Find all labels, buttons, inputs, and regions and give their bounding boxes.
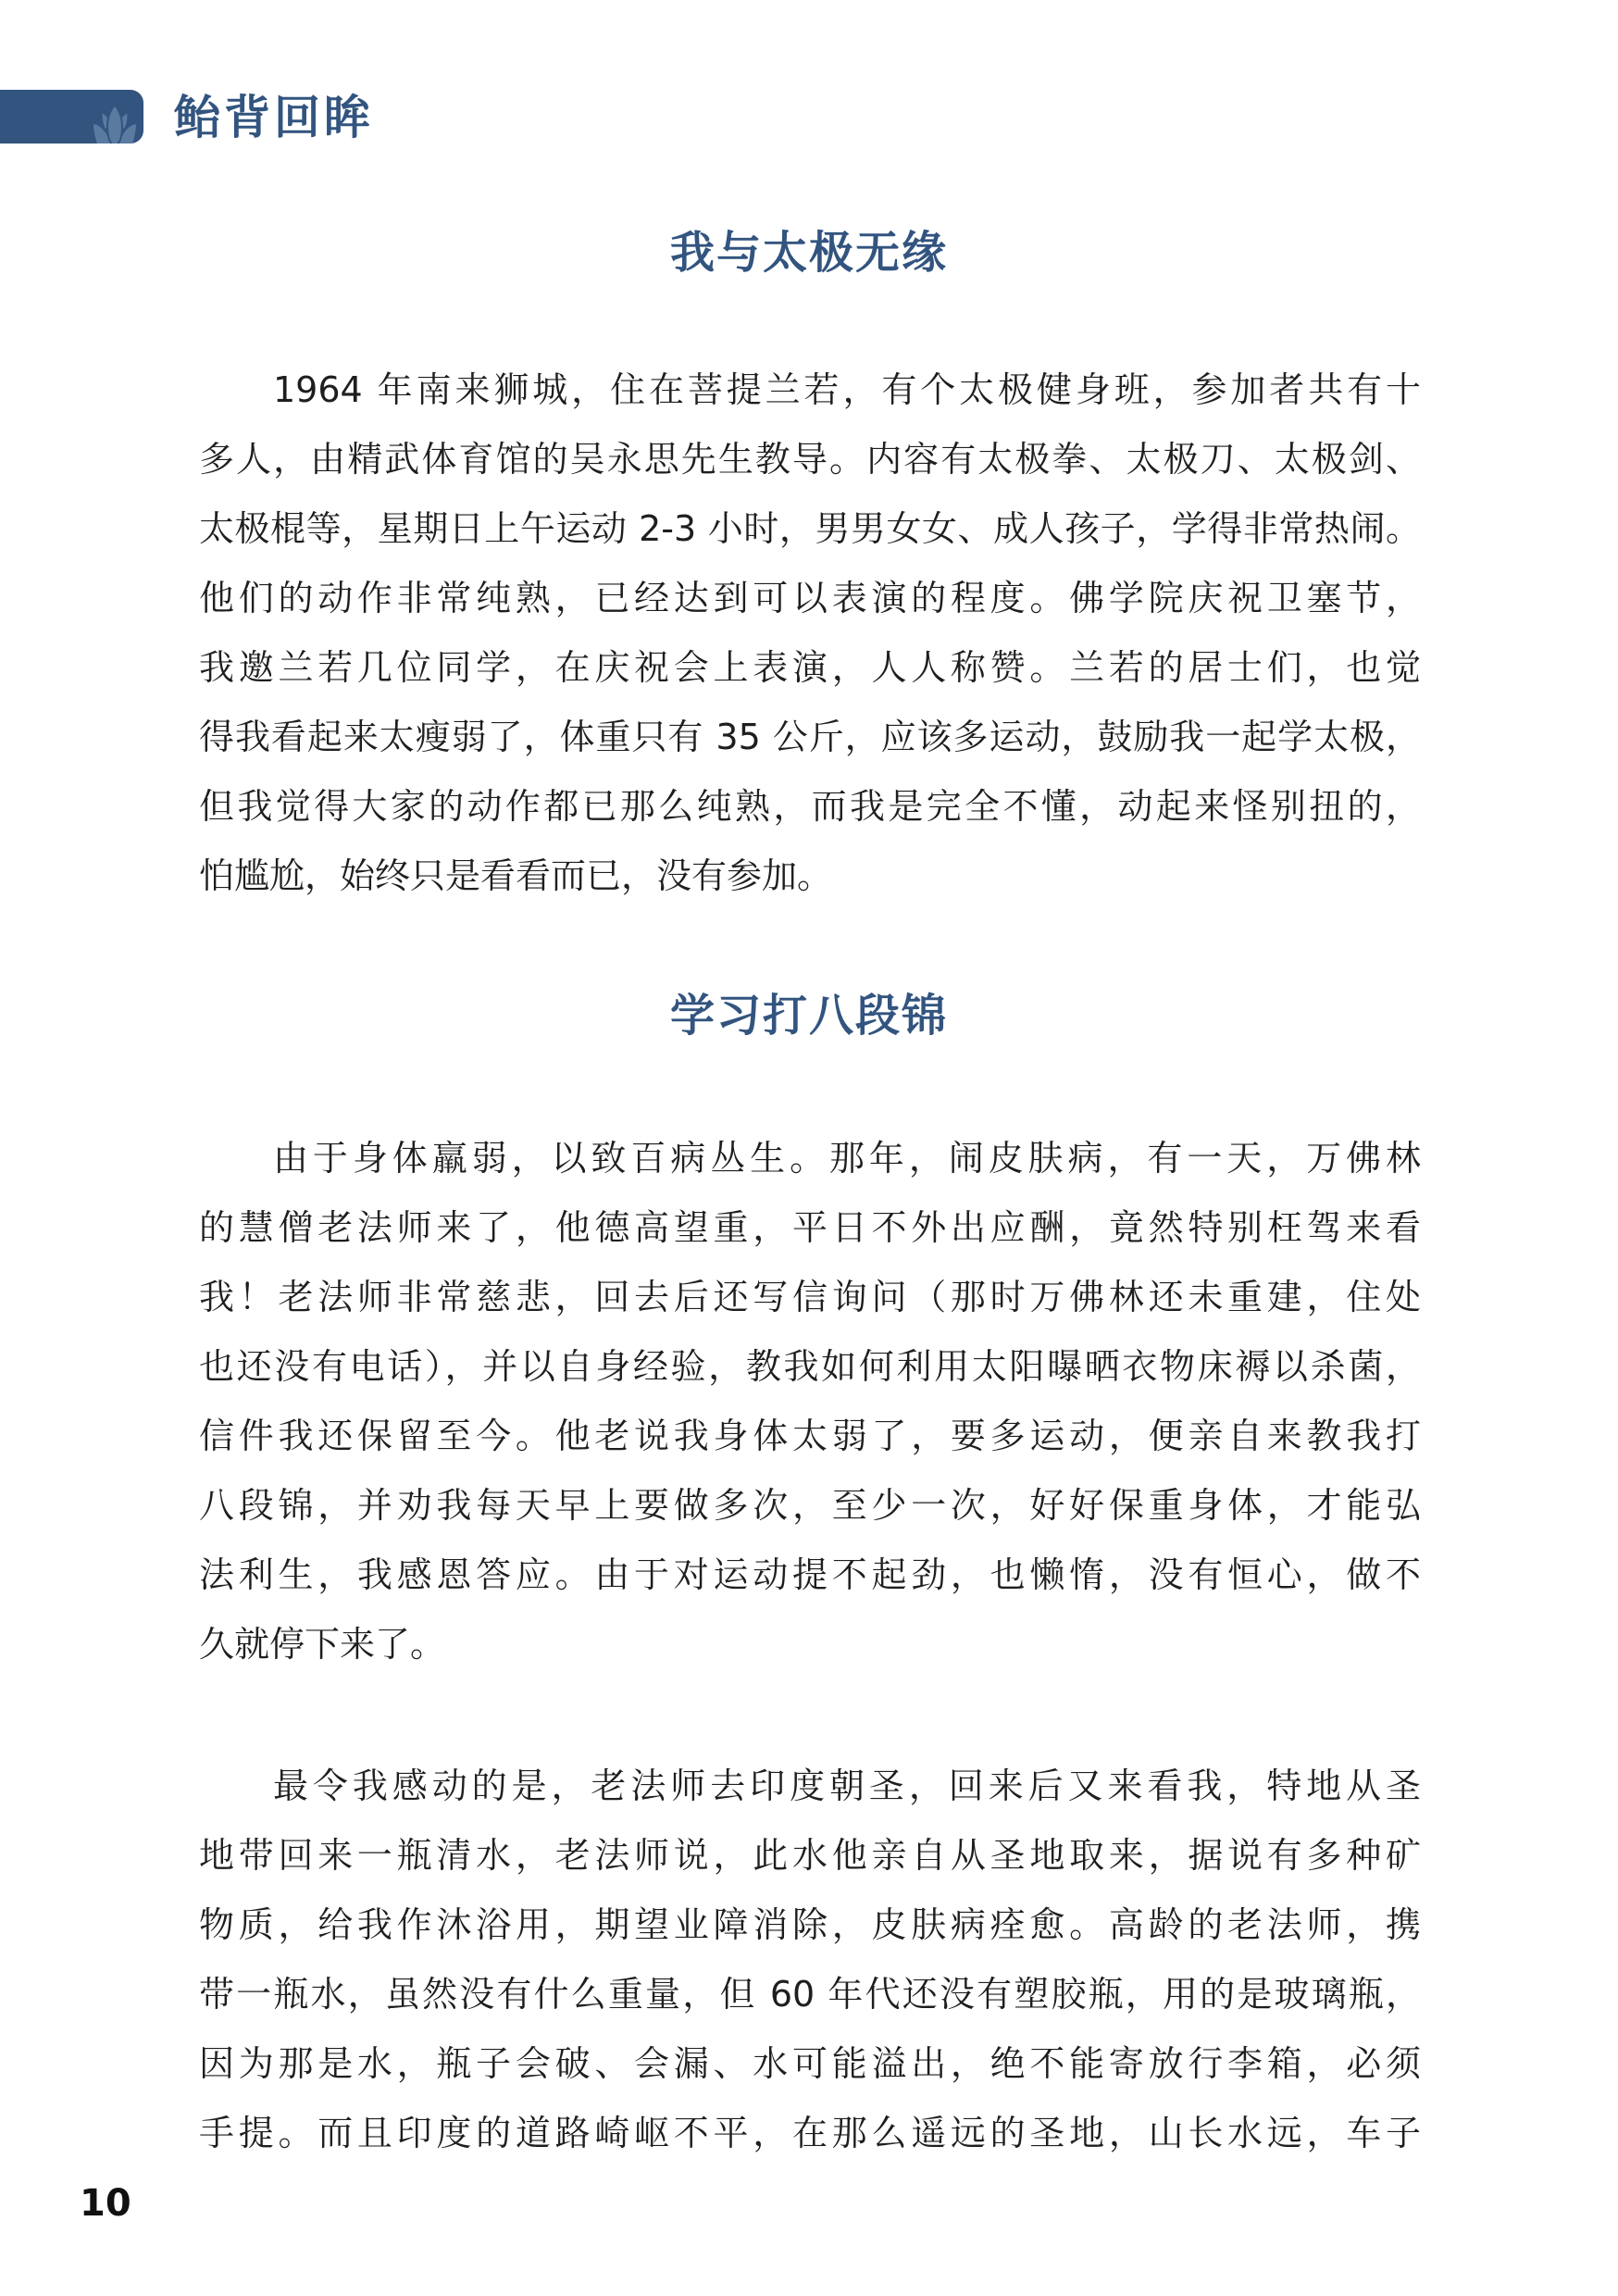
text-line: 法利生，我感恩答应。由于对运动提不起劲，也懒惰，没有恒心，做不 xyxy=(199,1541,1421,1610)
text-line: 八段锦，并劝我每天早上要做多次，至少一次，好好保重身体，才能弘 xyxy=(199,1471,1421,1541)
text-line: 太极棍等，星期日上午运动 2-3 小时，男男女女、成人孩子，学得非常热闹。 xyxy=(199,494,1421,564)
paragraph: 由于身体羸弱，以致百病丛生。那年，闹皮肤病，有一天，万佛林 的慧僧老法师来了，他… xyxy=(199,1124,1421,1679)
text-line: 由于身体羸弱，以致百病丛生。那年，闹皮肤病，有一天，万佛林 xyxy=(199,1124,1421,1193)
text-line: 也还没有电话），并以自身经验，教我如何利用太阳曝晒衣物床褥以杀菌， xyxy=(199,1332,1421,1402)
text-line: 信件我还保留至今。他老说我身体太弱了，要多运动，便亲自来教我打 xyxy=(199,1402,1421,1471)
running-title: 鲐背回眸 xyxy=(174,89,374,146)
section-title: 学习打八段锦 xyxy=(0,988,1618,1043)
text-line: 多人，由精武体育馆的吴永思先生教导。内容有太极拳、太极刀、太极剑、 xyxy=(199,425,1421,494)
text-line: 我！老法师非常慈悲，回去后还写信询问（那时万佛林还未重建，住处 xyxy=(199,1263,1421,1332)
paragraph: 1964 年南来狮城，住在菩提兰若，有个太极健身班，参加者共有十 多人，由精武体… xyxy=(199,356,1421,911)
text-line: 带一瓶水，虽然没有什么重量，但 60 年代还没有塑胶瓶，用的是玻璃瓶， xyxy=(199,1960,1421,2029)
text-line: 地带回来一瓶清水，老法师说，此水他亲自从圣地取来，据说有多种矿 xyxy=(199,1821,1421,1890)
text-line: 1964 年南来狮城，住在菩提兰若，有个太极健身班，参加者共有十 xyxy=(199,356,1421,425)
text-line: 手提。而且印度的道路崎岖不平，在那么遥远的圣地，山长水远，车子 xyxy=(199,2099,1421,2168)
text-line: 我邀兰若几位同学，在庆祝会上表演，人人称赞。兰若的居士们，也觉 xyxy=(199,633,1421,703)
text-line: 因为那是水，瓶子会破、会漏、水可能溢出，绝不能寄放行李箱，必须 xyxy=(199,2029,1421,2099)
text-line: 最令我感动的是，老法师去印度朝圣，回来后又来看我，特地从圣 xyxy=(199,1752,1421,1821)
header-tab xyxy=(0,90,143,143)
lotus-icon xyxy=(89,103,141,143)
text-line: 物质，给我作沐浴用，期望业障消除，皮肤病痊愈。高龄的老法师，携 xyxy=(199,1890,1421,1960)
section-title: 我与太极无缘 xyxy=(0,225,1618,281)
text-line: 的慧僧老法师来了，他德高望重，平日不外出应酬，竟然特别枉驾来看 xyxy=(199,1193,1421,1263)
text-line: 他们的动作非常纯熟，已经达到可以表演的程度。佛学院庆祝卫塞节， xyxy=(199,564,1421,633)
paragraph: 最令我感动的是，老法师去印度朝圣，回来后又来看我，特地从圣 地带回来一瓶清水，老… xyxy=(199,1752,1421,2168)
page-number: 10 xyxy=(80,2183,131,2224)
text-line: 得我看起来太瘦弱了，体重只有 35 公斤，应该多运动，鼓励我一起学太极， xyxy=(199,703,1421,772)
text-line: 怕尴尬，始终只是看看而已，没有参加。 xyxy=(199,842,1421,911)
text-line: 但我觉得大家的动作都已那么纯熟，而我是完全不懂，动起来怪别扭的， xyxy=(199,772,1421,842)
text-line: 久就停下来了。 xyxy=(199,1610,1421,1679)
